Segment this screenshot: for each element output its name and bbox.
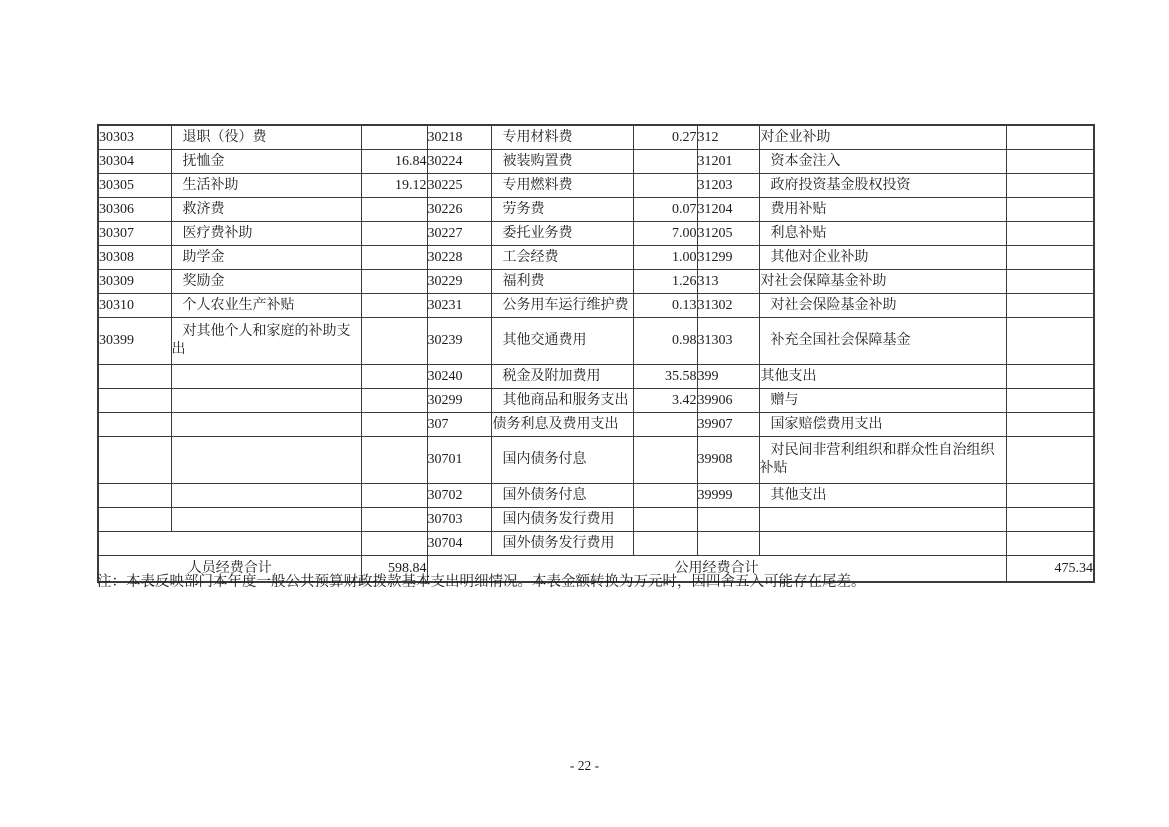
item-name-cell: 对民间非营利组织和群众性自治组织补贴: [759, 437, 1006, 484]
amount-cell: [1006, 389, 1094, 413]
table-row: 30305 生活补助 19.12 30225 专用燃料费 31203 政府投资基…: [98, 174, 1094, 198]
amount-cell: [633, 484, 697, 508]
amount-cell: [633, 532, 697, 556]
code-cell: 39908: [697, 437, 759, 484]
amount-cell: [1006, 150, 1094, 174]
item-name-cell: 政府投资基金股权投资: [759, 174, 1006, 198]
amount-cell: [361, 508, 427, 532]
code-cell: 30231: [427, 294, 491, 318]
amount-cell: 0.07: [633, 198, 697, 222]
item-name-cell: 利息补贴: [759, 222, 1006, 246]
table-row: 30399 对其他个人和家庭的补助支出 30239 其他交通费用 0.98 31…: [98, 318, 1094, 365]
code-cell: 39906: [697, 389, 759, 413]
item-name-cell: [759, 508, 1006, 532]
amount-cell: [633, 437, 697, 484]
table-row: 30703 国内债务发行费用: [98, 508, 1094, 532]
amount-cell: 7.00: [633, 222, 697, 246]
code-cell: 31302: [697, 294, 759, 318]
code-cell: 31299: [697, 246, 759, 270]
code-cell: [697, 532, 759, 556]
table-row: 30299 其他商品和服务支出 3.42 39906 赠与: [98, 389, 1094, 413]
amount-cell: [361, 413, 427, 437]
amount-cell: 0.27: [633, 125, 697, 150]
amount-cell: [633, 508, 697, 532]
code-cell: 307: [427, 413, 491, 437]
code-cell: 30229: [427, 270, 491, 294]
table-row: 30309 奖励金 30229 福利费 1.26 313 对社会保障基金补助: [98, 270, 1094, 294]
code-cell: 30228: [427, 246, 491, 270]
code-cell: 30225: [427, 174, 491, 198]
amount-cell: [633, 174, 697, 198]
amount-cell: [1006, 437, 1094, 484]
item-name-cell: 生活补助: [171, 174, 361, 198]
amount-cell: [1006, 508, 1094, 532]
code-cell: 30703: [427, 508, 491, 532]
item-name-cell: 抚恤金: [171, 150, 361, 174]
code-cell: 30240: [427, 365, 491, 389]
code-cell: 30218: [427, 125, 491, 150]
code-cell: 31203: [697, 174, 759, 198]
table-row: 30704 国外债务发行费用: [98, 532, 1094, 556]
amount-cell: [361, 222, 427, 246]
amount-cell: [361, 246, 427, 270]
code-cell: 312: [697, 125, 759, 150]
amount-cell: 1.00: [633, 246, 697, 270]
code-cell: 30224: [427, 150, 491, 174]
item-name-cell: 其他交通费用: [491, 318, 633, 365]
item-name-cell: 被装购置费: [491, 150, 633, 174]
code-cell: 313: [697, 270, 759, 294]
item-name-cell: 助学金: [171, 246, 361, 270]
document-page: 30303 退职（役）费 30218 专用材料费 0.27 312 对企业补助 …: [0, 0, 1169, 827]
code-cell: 39999: [697, 484, 759, 508]
amount-cell: [361, 484, 427, 508]
code-cell: 30227: [427, 222, 491, 246]
item-name-cell: 其他对企业补助: [759, 246, 1006, 270]
code-cell: 30304: [98, 150, 171, 174]
table-row: 30307 医疗费补助 30227 委托业务费 7.00 31205 利息补贴: [98, 222, 1094, 246]
item-name-cell: 专用材料费: [491, 125, 633, 150]
table-row: 30701 国内债务付息 39908 对民间非营利组织和群众性自治组织补贴: [98, 437, 1094, 484]
amount-cell: [361, 198, 427, 222]
item-name-cell: [171, 413, 361, 437]
amount-cell: [361, 125, 427, 150]
item-name-cell: 国内债务发行费用: [491, 508, 633, 532]
item-name-cell: [171, 365, 361, 389]
table-row: 30306 救济费 30226 劳务费 0.07 31204 费用补贴: [98, 198, 1094, 222]
amount-cell: [633, 413, 697, 437]
amount-cell: 35.58: [633, 365, 697, 389]
item-name-cell: 国外债务付息: [491, 484, 633, 508]
code-cell: 31201: [697, 150, 759, 174]
code-cell: [98, 413, 171, 437]
item-name-cell: 公务用车运行维护费: [491, 294, 633, 318]
code-cell: 30702: [427, 484, 491, 508]
amount-cell: [633, 150, 697, 174]
table-row: 30702 国外债务付息 39999 其他支出: [98, 484, 1094, 508]
item-name-cell: 债务利息及费用支出: [491, 413, 633, 437]
item-name-cell: 退职（役）费: [171, 125, 361, 150]
amount-cell: [1006, 318, 1094, 365]
amount-cell: [1006, 174, 1094, 198]
table-row: 307 债务利息及费用支出 39907 国家赔偿费用支出: [98, 413, 1094, 437]
code-cell: 31204: [697, 198, 759, 222]
item-name-cell: 费用补贴: [759, 198, 1006, 222]
amount-cell: [1006, 270, 1094, 294]
amount-cell: [361, 437, 427, 484]
code-cell: 30701: [427, 437, 491, 484]
amount-cell: [1006, 246, 1094, 270]
item-name-cell: 工会经费: [491, 246, 633, 270]
item-name-cell: 国家赔偿费用支出: [759, 413, 1006, 437]
amount-cell: 0.13: [633, 294, 697, 318]
basic-expenditure-detail-table: 30303 退职（役）费 30218 专用材料费 0.27 312 对企业补助 …: [97, 124, 1095, 583]
code-cell: 30303: [98, 125, 171, 150]
amount-cell: 16.84: [361, 150, 427, 174]
code-cell: 31303: [697, 318, 759, 365]
item-name-cell: 其他商品和服务支出: [491, 389, 633, 413]
code-cell: [98, 508, 171, 532]
amount-cell: [361, 532, 427, 556]
amount-cell: [1006, 365, 1094, 389]
item-name-cell: [171, 508, 361, 532]
code-cell: 30399: [98, 318, 171, 365]
item-name-cell: 劳务费: [491, 198, 633, 222]
code-cell: 30310: [98, 294, 171, 318]
code-cell: [98, 365, 171, 389]
item-name-cell: [171, 389, 361, 413]
amount-cell: 1.26: [633, 270, 697, 294]
table-row: 30308 助学金 30228 工会经费 1.00 31299 其他对企业补助: [98, 246, 1094, 270]
code-cell: 30299: [427, 389, 491, 413]
code-cell: [98, 484, 171, 508]
code-cell: 30308: [98, 246, 171, 270]
code-cell: 39907: [697, 413, 759, 437]
amount-cell: [1006, 294, 1094, 318]
amount-cell: 0.98: [633, 318, 697, 365]
item-name-cell: [171, 484, 361, 508]
item-name-cell: 补充全国社会保障基金: [759, 318, 1006, 365]
item-name-cell: 其他支出: [759, 484, 1006, 508]
amount-cell: [1006, 222, 1094, 246]
table-row: 30303 退职（役）费 30218 专用材料费 0.27 312 对企业补助: [98, 125, 1094, 150]
item-name-cell: 福利费: [491, 270, 633, 294]
code-cell: [697, 508, 759, 532]
amount-cell: [361, 365, 427, 389]
code-cell: [98, 389, 171, 413]
item-name-cell: [171, 437, 361, 484]
code-cell: 31205: [697, 222, 759, 246]
code-cell: 30239: [427, 318, 491, 365]
table-row: 30304 抚恤金 16.84 30224 被装购置费 31201 资本金注入: [98, 150, 1094, 174]
merged-empty-cell: [98, 532, 361, 556]
item-name-cell: 其他支出: [759, 365, 1006, 389]
code-cell: 30226: [427, 198, 491, 222]
amount-cell: 19.12: [361, 174, 427, 198]
page-number: - 22 -: [0, 758, 1169, 774]
table-note: 注：本表反映部门本年度一般公共预算财政拨款基本支出明细情况。本表金额转换为万元时…: [97, 572, 1107, 592]
amount-cell: 3.42: [633, 389, 697, 413]
code-cell: 30305: [98, 174, 171, 198]
item-name-cell: 国内债务付息: [491, 437, 633, 484]
amount-cell: [361, 294, 427, 318]
amount-cell: [1006, 198, 1094, 222]
amount-cell: [1006, 484, 1094, 508]
item-name-cell: 资本金注入: [759, 150, 1006, 174]
code-cell: 30704: [427, 532, 491, 556]
table-row: 30240 税金及附加费用 35.58 399 其他支出: [98, 365, 1094, 389]
item-name-cell: 赠与: [759, 389, 1006, 413]
amount-cell: [361, 270, 427, 294]
amount-cell: [361, 318, 427, 365]
item-name-cell: 奖励金: [171, 270, 361, 294]
item-name-cell: 救济费: [171, 198, 361, 222]
code-cell: 30306: [98, 198, 171, 222]
item-name-cell: 专用燃料费: [491, 174, 633, 198]
item-name-cell: 个人农业生产补贴: [171, 294, 361, 318]
item-name-cell: 对社会保障基金补助: [759, 270, 1006, 294]
code-cell: 30307: [98, 222, 171, 246]
code-cell: 399: [697, 365, 759, 389]
code-cell: [98, 437, 171, 484]
item-name-cell: 税金及附加费用: [491, 365, 633, 389]
item-name-cell: 委托业务费: [491, 222, 633, 246]
item-name-cell: [759, 532, 1006, 556]
table-row: 30310 个人农业生产补贴 30231 公务用车运行维护费 0.13 3130…: [98, 294, 1094, 318]
item-name-cell: 对企业补助: [759, 125, 1006, 150]
item-name-cell: 对其他个人和家庭的补助支出: [171, 318, 361, 365]
item-name-cell: 对社会保险基金补助: [759, 294, 1006, 318]
item-name-cell: 国外债务发行费用: [491, 532, 633, 556]
amount-cell: [1006, 413, 1094, 437]
code-cell: 30309: [98, 270, 171, 294]
amount-cell: [1006, 532, 1094, 556]
amount-cell: [1006, 125, 1094, 150]
item-name-cell: 医疗费补助: [171, 222, 361, 246]
amount-cell: [361, 389, 427, 413]
